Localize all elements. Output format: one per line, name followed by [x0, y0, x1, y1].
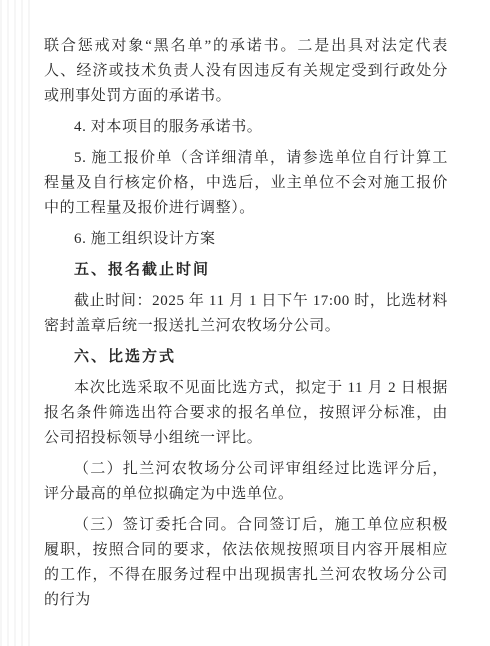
para-deadline-details: 截止时间：2025 年 11 月 1 日下午 17:00 时，比选材料密封盖章后… [44, 289, 448, 339]
heading-section-5-registration-deadline: 五、报名截止时间 [44, 258, 448, 283]
para-selection-method-details: 本次比选采取不见面比选方式，拟定于 11 月 2 日根据报名条件筛选出符合要求的… [44, 376, 448, 451]
para-item-3-contract-signing: （三）签订委托合同。合同签订后，施工单位应积极履职，按照合同的要求，依法依规按照… [44, 513, 448, 613]
list-item-6-construction-design-plan: 6. 施工组织设计方案 [44, 227, 448, 252]
para-continuation-blacklist-commitment: 联合惩戒对象“黑名单”的承诺书。二是出具对法定代表人、经济或技术负责人没有因违反… [44, 34, 448, 109]
list-item-5-construction-quotation: 5. 施工报价单（含详细清单，请参选单位自行计算工程量及自行核定价格，中选后，业… [44, 146, 448, 221]
heading-section-6-selection-method: 六、比选方式 [44, 345, 448, 370]
para-item-2-review-result: （二）扎兰河农牧场分公司评审组经过比选评分后，评分最高的单位拟确定为中选单位。 [44, 457, 448, 507]
scanned-document-page: 联合惩戒对象“黑名单”的承诺书。二是出具对法定代表人、经济或技术负责人没有因违反… [0, 0, 490, 646]
list-item-4-service-commitment: 4. 对本项目的服务承诺书。 [44, 115, 448, 140]
